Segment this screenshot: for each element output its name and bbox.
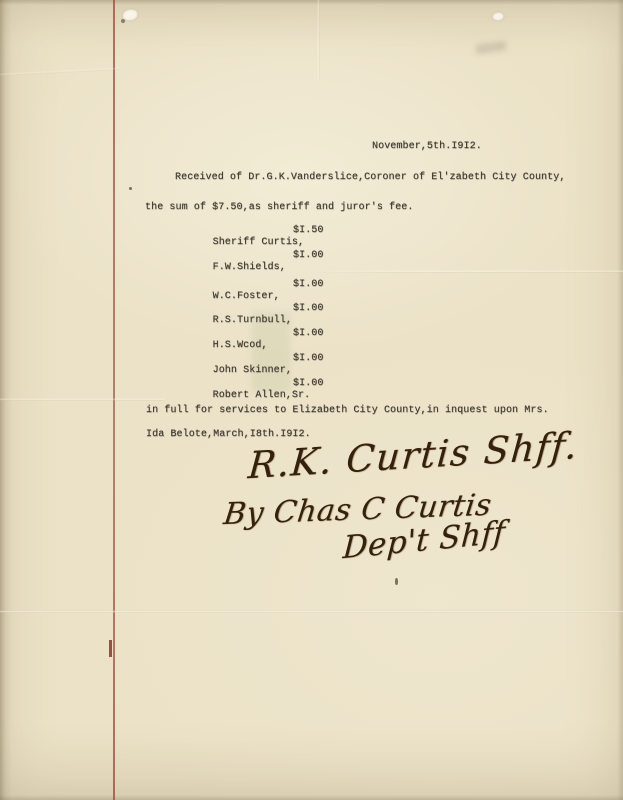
fee-name: W.C.Foster, xyxy=(213,291,280,302)
fee-name: John Skinner, xyxy=(213,365,292,376)
fee-name: R.S.Turnbull, xyxy=(213,315,292,326)
paper-bottom-edge-shading xyxy=(0,795,623,800)
closing-line-1: in full for services to Elizabeth City C… xyxy=(146,405,549,417)
fee-name: Sheriff Curtis, xyxy=(213,237,305,248)
fee-amount: $I.00 xyxy=(293,279,324,291)
fold-crease-topleft-diagonal xyxy=(0,67,120,76)
fee-amount: $I.00 xyxy=(293,328,324,340)
gray-smudge-top-right xyxy=(476,41,507,54)
fold-crease-top-vertical xyxy=(317,0,320,80)
fee-name: H.S.Wcod, xyxy=(213,340,268,351)
date-line: November,5th.I9I2. xyxy=(372,141,482,153)
fee-name: F.W.Shields, xyxy=(213,262,286,273)
ink-speck-left-margin xyxy=(129,187,132,190)
fee-row: Robert Allen,Sr. $I.00 xyxy=(176,378,436,426)
fee-amount: $I.00 xyxy=(293,303,324,315)
ink-speck-near-hole xyxy=(121,19,125,23)
closing-line-2: Ida Belote,March,I8th.I9I2. xyxy=(146,429,311,441)
paper-right-edge-shading xyxy=(617,0,623,800)
ink-speck-below-signature xyxy=(395,578,398,585)
fee-amount: $I.00 xyxy=(293,250,324,262)
red-margin-line-offset-segment xyxy=(109,640,112,657)
fee-amount: $I.50 xyxy=(293,225,324,237)
fee-name: Robert Allen,Sr. xyxy=(213,390,311,401)
fold-crease-full-horizontal xyxy=(0,610,623,613)
opening-line-1: Received of Dr.G.K.Vanderslice,Coroner o… xyxy=(175,172,565,184)
opening-line-2: the sum of $7.50,as sheriff and juror's … xyxy=(145,202,413,214)
paper-hole-top-right xyxy=(492,12,504,21)
paper-top-edge-shading xyxy=(0,0,623,5)
scanned-receipt-page: November,5th.I9I2. Received of Dr.G.K.Va… xyxy=(0,0,623,800)
fee-amount: $I.00 xyxy=(293,378,324,390)
fold-crease-left-horizontal xyxy=(0,398,165,401)
fee-amount: $I.00 xyxy=(293,353,324,365)
